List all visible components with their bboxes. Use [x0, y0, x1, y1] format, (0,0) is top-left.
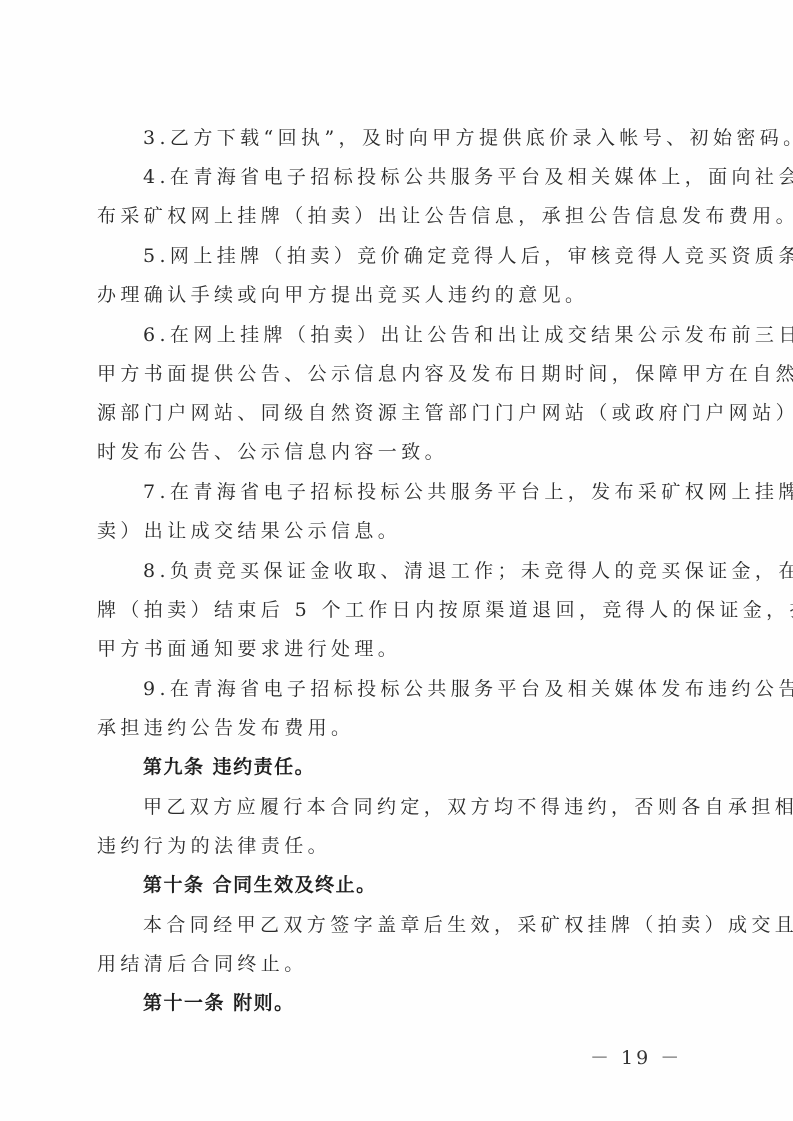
paragraph-line: 甲方书面通知要求进行处理。 — [97, 637, 687, 661]
paragraph-line: 承担违约公告发布费用。 — [97, 716, 687, 740]
article-heading: 第十条 合同生效及终止。 — [143, 873, 688, 897]
paragraph-line: 9.在青海省电子招标投标公共服务平台及相关媒体发布违约公告， — [143, 677, 688, 701]
document-page: 3.乙方下载“回执”，及时向甲方提供底价录入帐号、初始密码。4.在青海省电子招标… — [0, 0, 793, 1121]
paragraph-line: 本合同经甲乙双方签字盖章后生效，采矿权挂牌（拍卖）成交且费 — [143, 913, 688, 937]
paragraph-line: 用结清后合同终止。 — [97, 952, 687, 976]
paragraph-line: 3.乙方下载“回执”，及时向甲方提供底价录入帐号、初始密码。 — [143, 126, 688, 150]
paragraph-line: 7.在青海省电子招标投标公共服务平台上，发布采矿权网上挂牌（拍 — [143, 480, 688, 504]
article-heading: 第九条 违约责任。 — [143, 755, 688, 779]
paragraph-line: 违约行为的法律责任。 — [97, 834, 687, 858]
paragraph-line: 4.在青海省电子招标投标公共服务平台及相关媒体上，面向社会发 — [143, 165, 688, 189]
article-heading: 第十一条 附则。 — [143, 991, 688, 1015]
page-number: － 19 － — [590, 1043, 682, 1070]
paragraph-line: 8.负责竞买保证金收取、清退工作；未竞得人的竞买保证金，在挂 — [143, 559, 688, 583]
paragraph-line: 源部门户网站、同级自然资源主管部门门户网站（或政府门户网站）同 — [97, 401, 687, 425]
paragraph-line: 6.在网上挂牌（拍卖）出让公告和出让成交结果公示发布前三日向 — [143, 323, 688, 347]
paragraph-line: 牌（拍卖）结束后 5 个工作日内按原渠道退回，竞得人的保证金，按照 — [97, 598, 687, 622]
paragraph-line: 卖）出让成交结果公示信息。 — [97, 519, 687, 543]
paragraph-line: 办理确认手续或向甲方提出竞买人违约的意见。 — [97, 283, 687, 307]
paragraph-line: 布采矿权网上挂牌（拍卖）出让公告信息，承担公告信息发布费用。 — [97, 204, 687, 228]
paragraph-line: 时发布公告、公示信息内容一致。 — [97, 440, 687, 464]
paragraph-line: 5.网上挂牌（拍卖）竞价确定竞得人后，审核竞得人竞买资质条件， — [143, 244, 688, 268]
paragraph-line: 甲方书面提供公告、公示信息内容及发布日期时间，保障甲方在自然资 — [97, 362, 687, 386]
paragraph-line: 甲乙双方应履行本合同约定，双方均不得违约，否则各自承担相应 — [143, 795, 688, 819]
